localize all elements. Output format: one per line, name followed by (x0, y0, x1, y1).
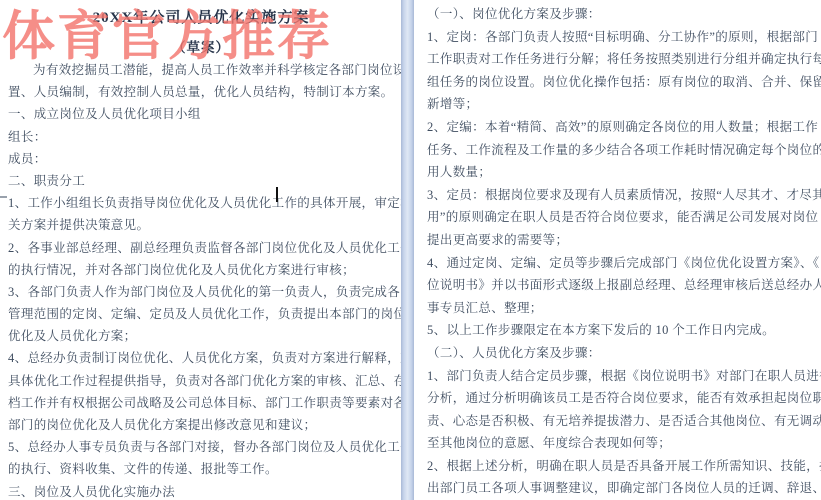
text-line[interactable]: 事专员汇总、整理； (414, 297, 821, 320)
document-page-left[interactable]: 20XX年公司人员优化实施方案 （草案） 为有效挖掘员工潜能，提高人员工作效率并… (0, 0, 402, 500)
page-divider (401, 0, 414, 500)
text-line[interactable]: 二、职责分工 (0, 170, 402, 192)
text-line[interactable]: 2、定编：本着“精简、高效”的原则确定各岗位的用人数量；根据工作 (414, 116, 821, 139)
text-line[interactable]: 位说明书》并以书面形式逐级上报副总经理、总经理审核后送总经办人 (414, 274, 821, 297)
text-line[interactable]: 置、人员编制，有效控制人员总量，优化人员结构，特制订本方案。 (0, 81, 402, 103)
text-line[interactable]: 责、心态是否积极、有无培养提拔潜力、是否适合其他岗位、有无调动 (414, 410, 821, 433)
text-line[interactable]: 5、总经办人事专员负责与各部门对接，督办各部门岗位及人员优化工作 (0, 436, 402, 458)
text-line[interactable]: 1、定岗：各部门负责人按照“目标明确、分工协作”的原则，根据部门 (414, 26, 821, 49)
text-line[interactable]: （一）、岗位优化方案及步骤： (414, 3, 821, 26)
document-subtitle: （草案） (0, 36, 402, 56)
text-line[interactable]: 至其他岗位的意愿、年度综合表现如何等； (414, 432, 821, 455)
document-page-right[interactable]: （一）、岗位优化方案及步骤：1、定岗：各部门负责人按照“目标明确、分工协作”的原… (414, 0, 821, 500)
text-line[interactable]: 部门的岗位优化及人员优化方案提出修改意见和建议； (0, 414, 402, 436)
text-line[interactable]: （二）、人员优化方案及步骤： (414, 342, 821, 365)
text-line[interactable]: 4、通过定岗、定编、定员等步骤后完成部门《岗位优化设置方案》、《岗 (414, 252, 821, 275)
text-line[interactable]: 3、定员：根据岗位要求及现有人员素质情况，按照“人尽其才、才尽其 (414, 184, 821, 207)
text-line[interactable]: 分析，通过分析明确该员工是否符合岗位要求，能否有效承担起岗位职 (414, 387, 821, 410)
text-line[interactable]: 2、根据上述分析，明确在职人员是否具备开展工作所需知识、技能，提 (414, 455, 821, 478)
text-line[interactable]: 用”的原则确定在职人员是否符合岗位要求，能否满足公司发展对岗位 (414, 206, 821, 229)
text-line[interactable]: 2、各事业部总经理、副总经理负责监督各部门岗位优化及人员优化工作 (0, 237, 402, 259)
text-line[interactable]: 具体优化工作过程提供指导，负责对各部门优化方案的审核、汇总、存 (0, 370, 402, 392)
text-line[interactable]: 出部门员工各项人事调整建议，即确定部门各岗位人员的迁调、辞退、 (414, 477, 821, 500)
text-line[interactable]: 的执行、资料收集、文件的传递、报批等工作。 (0, 458, 402, 480)
text-line[interactable]: 组长： (0, 126, 402, 148)
text-line[interactable]: 工作职责对工作任务进行分解；将任务按照类别进行分组并确定执行每 (414, 48, 821, 71)
text-line[interactable]: 3、各部门负责人作为部门岗位及人员优化的第一负责人，负责完成各自 (0, 281, 402, 303)
document-title: 20XX年公司人员优化实施方案 (0, 6, 402, 27)
text-line[interactable]: 成员： (0, 148, 402, 170)
text-line[interactable]: 1、部门负责人结合定员步骤，根据《岗位说明书》对部门在职人员进行 (414, 365, 821, 388)
text-line[interactable]: 用人数量； (414, 161, 821, 184)
text-line[interactable]: 关方案并提供决策意见。 (0, 214, 402, 236)
right-page-text: （一）、岗位优化方案及步骤：1、定岗：各部门负责人按照“目标明确、分工协作”的原… (414, 0, 821, 500)
text-line[interactable]: 任务、工作流程及工作量的多少结合各项工作耗时情况确定每个岗位的 (414, 139, 821, 162)
text-line[interactable]: 4、总经办负责制订岗位优化、人员优化方案，负责对方案进行解释，对 (0, 347, 402, 369)
text-line[interactable]: 提出更高要求的需要等； (414, 229, 821, 252)
text-line[interactable]: 一、成立岗位及人员优化项目小组 (0, 103, 402, 125)
text-line[interactable]: 新增等； (414, 93, 821, 116)
text-line[interactable]: 优化及人员优化方案； (0, 325, 402, 347)
text-line[interactable]: 5、以上工作步骤限定在本方案下发后的 10 个工作日内完成。 (414, 319, 821, 342)
document-viewport: 20XX年公司人员优化实施方案 （草案） 为有效挖掘员工潜能，提高人员工作效率并… (0, 0, 821, 500)
text-line[interactable]: 为有效挖掘员工潜能，提高人员工作效率并科学核定各部门岗位设 (0, 59, 402, 81)
text-line[interactable]: 的执行情况，并对各部门岗位优化及人员优化方案进行审核； (0, 259, 402, 281)
text-line[interactable]: 管理范围的定岗、定编、定员及人员优化工作，负责提出本部门的岗位 (0, 303, 402, 325)
text-line[interactable]: 三、岗位及人员优化实施办法 (0, 481, 402, 500)
text-line[interactable]: 1、工作小组组长负责指导岗位优化及人员优化工作的具体开展，审定相 (0, 192, 402, 214)
revision-mark (0, 196, 7, 198)
text-line[interactable]: 组任务的岗位设置。岗位优化操作包括：原有岗位的取消、合并、保留、 (414, 71, 821, 94)
text-caret[interactable] (276, 187, 278, 202)
text-line[interactable]: 档工作并有权根据公司战略及公司总体目标、部门工作职责等要素对各 (0, 392, 402, 414)
left-page-text: 为有效挖掘员工潜能，提高人员工作效率并科学核定各部门岗位设置、人员编制，有效控制… (0, 59, 402, 500)
